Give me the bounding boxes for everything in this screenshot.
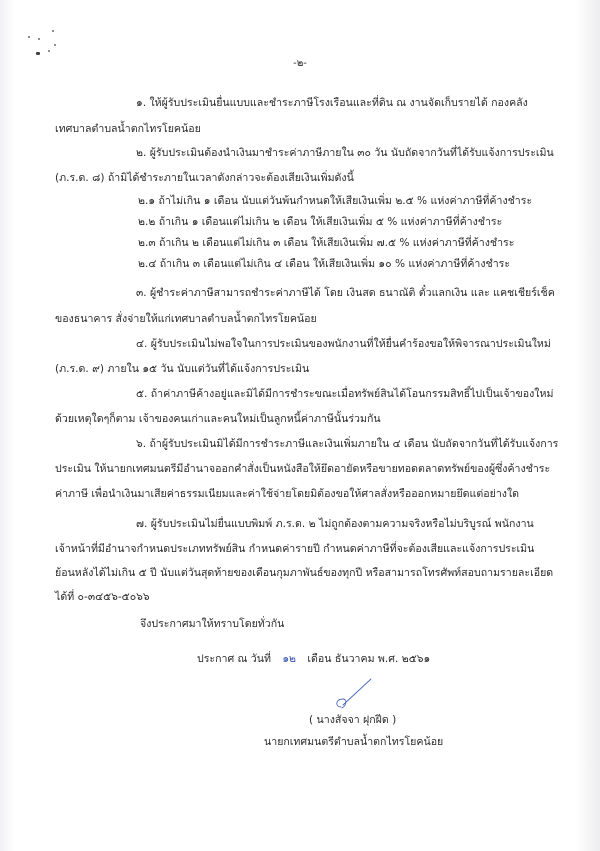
announcement-date: ประกาศ ณ วันที่ ๑๒ เดือน ธันวาคม พ.ศ. ๒๕… [197, 652, 430, 666]
item-2-line-1: ๒. ผู้รับประเมินต้องนำเงินมาชำระค่าภาษีภ… [136, 146, 554, 160]
item-1-line-2: เทศบาลตำบลน้ำตกไทรโยคน้อย [55, 122, 201, 136]
signature-icon [315, 677, 375, 717]
page-number: -๒- [0, 56, 600, 71]
scanned-page: -๒- ๑. ให้ผู้รับประเมินยื่นแบบและชำระภาษ… [0, 0, 600, 851]
item-6-line-2: ประเมิน ให้นายกเทศมนตรีมีอำนาจออกคำสั่งเ… [55, 462, 550, 476]
item-2-sub-4: ๒.๔ ถ้าเกิน ๓ เดือนแต่ไม่เกิน ๔ เดือน ให… [138, 257, 510, 271]
item-5-line-2: ด้วยเหตุใดๆก็ตาม เจ้าของคนเก่าและคนใหม่เ… [55, 412, 381, 426]
signer-name: ( นางสัจจา ฝุกฝีด ) [309, 713, 396, 727]
date-prefix: ประกาศ ณ วันที่ [197, 653, 271, 665]
item-7-line-1: ๗. ผู้รับประเมินไม่ยื่นแบบพิมพ์ ภ.ร.ด. ๒… [136, 517, 534, 531]
item-1-line-1: ๑. ให้ผู้รับประเมินยื่นแบบและชำระภาษีโรง… [136, 96, 528, 110]
item-7-line-4: ได้ที่ ๐-๓๔๕๖-๕๐๖๖ [55, 590, 150, 604]
signer-title: นายกเทศมนตรีตำบลน้ำตกไทรโยคน้อย [264, 735, 443, 749]
date-day-handwritten: ๑๒ [282, 653, 296, 665]
date-suffix: เดือน ธันวาคม พ.ศ. ๒๕๖๑ [307, 653, 430, 665]
item-6-line-3: ค่าภาษี เพื่อนำเงินมาเสียค่าธรรมเนียมและ… [55, 487, 519, 501]
item-2-sub-1: ๒.๑ ถ้าไม่เกิน ๑ เดือน นับแต่วันพ้นกำหนด… [138, 194, 532, 208]
item-5-line-1: ๕. ถ้าค่าภาษีค้างอยู่และมิได้มีการชำระขณ… [136, 387, 553, 401]
item-2-sub-3: ๒.๓ ถ้าเกิน ๒ เดือนแต่ไม่เกิน ๓ เดือน ให… [138, 236, 514, 250]
item-7-line-3: ย้อนหลังได้ไม่เกิน ๕ ปี นับแต่วันสุดท้าย… [55, 566, 553, 580]
item-6-line-1: ๖. ถ้าผู้รับประเมินมิได้มีการชำระภาษีและ… [136, 437, 558, 451]
item-3-line-2: ของธนาคาร สั่งจ่ายให้แก่เทศบาลตำบลน้ำตกไ… [55, 312, 317, 326]
item-2-sub-2: ๒.๒ ถ้าเกิน ๑ เดือนแต่ไม่เกิน ๒ เดือน ให… [138, 215, 502, 229]
item-4-line-2: (ภ.ร.ด. ๙) ภายใน ๑๕ วัน นับแต่วันที่ได้แ… [55, 362, 309, 376]
item-4-line-1: ๔. ผู้รับประเมินไม่พอใจในการประเมินของพน… [136, 337, 551, 351]
item-7-line-2: เจ้าหน้าที่มีอำนาจกำหนดประเภททรัพย์สิน ก… [55, 542, 534, 556]
closing-statement: จึงประกาศมาให้ทราบโดยทั่วกัน [140, 617, 284, 631]
item-2-line-2: (ภ.ร.ด. ๘) ถ้ามิได้ชำระภายในเวลาดังกล่าว… [55, 171, 354, 185]
item-3-line-1: ๓. ผู้ชำระค่าภาษีสามารถชำระค่าภาษีได้ โด… [136, 286, 555, 300]
